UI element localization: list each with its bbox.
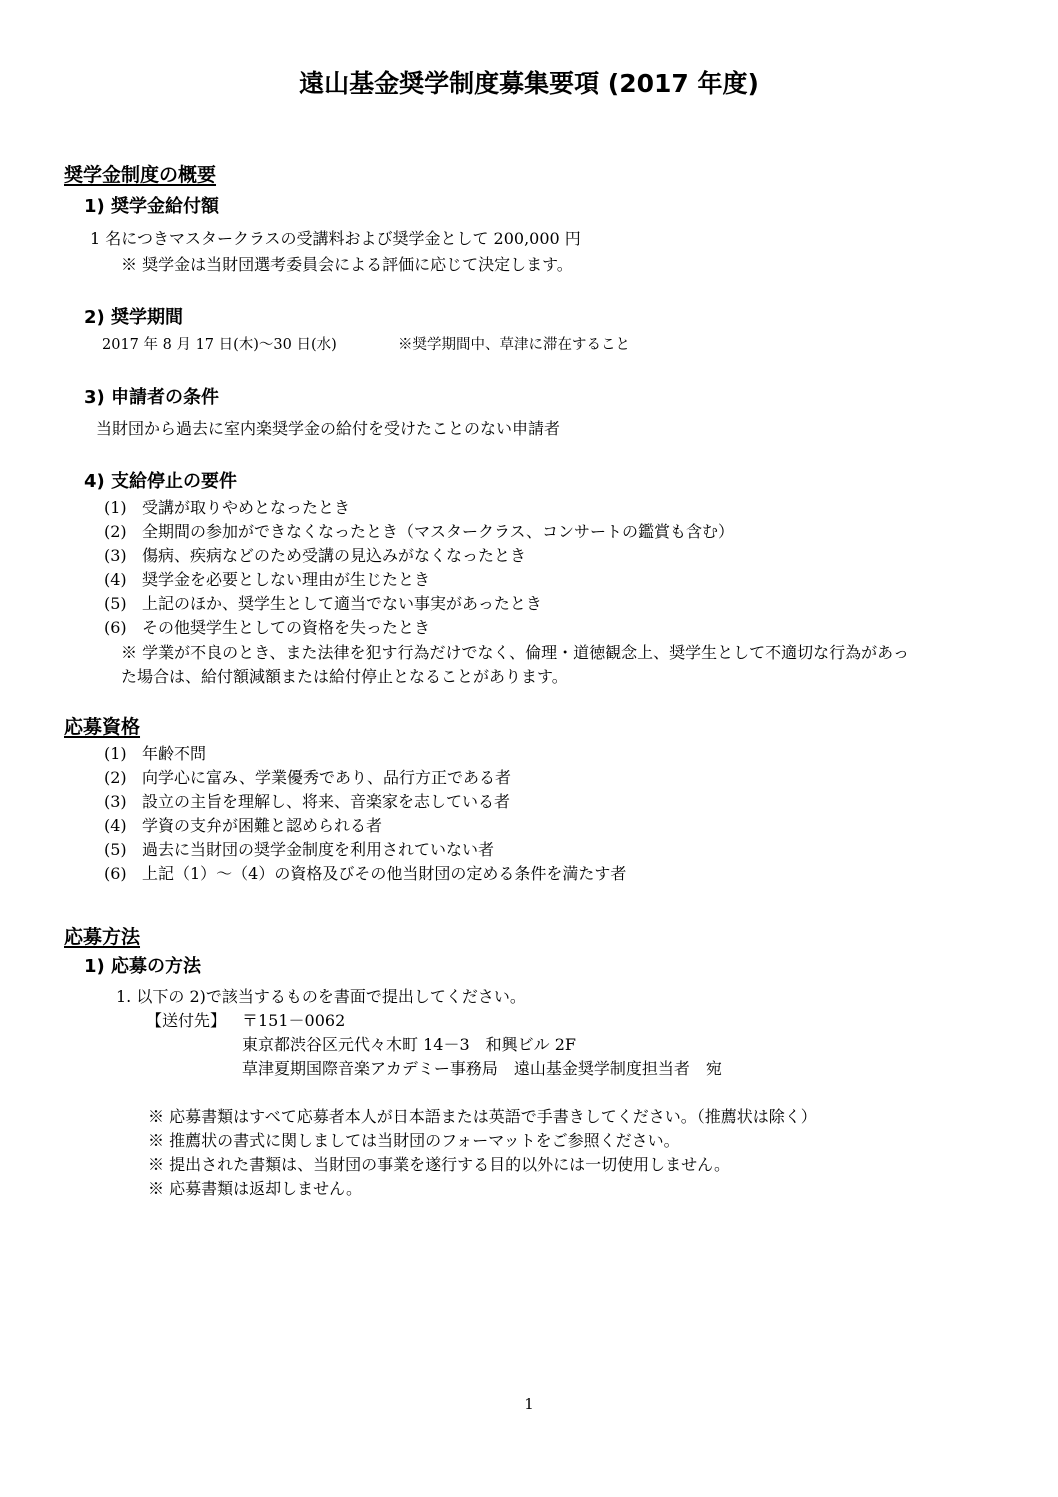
list-item: (3)設立の主旨を理解し、将来、音楽家を志している者: [104, 789, 510, 812]
list-item: (2)全期間の参加ができなくなったとき（マスタークラス、コンサートの鑑賞も含む）: [104, 519, 734, 542]
page-number: 1: [0, 1395, 1058, 1413]
page-title: 遠山基金奨学制度募集要項 (2017 年度): [0, 64, 1058, 100]
amount-text: 1 名につきマスタークラスの受講料および奨学金として 200,000 円: [90, 226, 581, 249]
list-item: (5)上記のほか、奨学生として適当でない事実があったとき: [104, 591, 542, 614]
period-text: 2017 年 8 月 17 日(木)～30 日(水): [102, 333, 337, 354]
list-item: (6)その他奨学生としての資格を失ったとき: [104, 615, 430, 638]
period-note: ※奨学期間中、草津に滞在すること: [398, 333, 630, 354]
postal-code: 〒151－0062: [242, 1008, 345, 1031]
application-note: ※ 応募書類はすべて応募者本人が日本語または英語で手書きしてください。（推薦状は…: [148, 1104, 817, 1127]
application-note: ※ 推薦状の書式に関しましては当財団のフォーマットをご参照ください。: [148, 1128, 680, 1151]
list-item: (6)上記（1）～（4）の資格及びその他当財団の定める条件を満たす者: [104, 861, 626, 884]
address-label: 【送付先】: [146, 1008, 226, 1031]
list-item: (2)向学心に富み、学業優秀であり、品行方正である者: [104, 765, 511, 788]
section-heading-eligibility: 応募資格: [64, 712, 140, 739]
subheading-conditions: 3) 申請者の条件: [84, 383, 219, 409]
conditions-text: 当財団から過去に室内楽奨学金の給付を受けたことのない申請者: [96, 416, 560, 439]
list-item: (4)学資の支弁が困難と認められる者: [104, 813, 382, 836]
application-note: ※ 提出された書類は、当財団の事業を遂行する目的以外には一切使用しません。: [148, 1152, 730, 1175]
subheading-suspension: 4) 支給停止の要件: [84, 467, 237, 493]
list-item: (4)奨学金を必要としない理由が生じたとき: [104, 567, 430, 590]
subheading-amount: 1) 奨学金給付額: [84, 192, 219, 218]
list-item: (3)傷病、疾病などのため受講の見込みがなくなったとき: [104, 543, 526, 566]
section-heading-application: 応募方法: [64, 922, 140, 949]
list-item: (1)受講が取りやめとなったとき: [104, 495, 350, 518]
suspension-note-line1: ※ 学業が不良のとき、また法律を犯す行為だけでなく、倫理・道徳観念上、奨学生とし…: [121, 640, 909, 663]
subheading-period: 2) 奨学期間: [84, 303, 183, 329]
application-note: ※ 応募書類は返却しません。: [148, 1176, 362, 1199]
section-heading-overview: 奨学金制度の概要: [64, 160, 216, 187]
list-item: (1)年齢不問: [104, 741, 206, 764]
subheading-method: 1) 応募の方法: [84, 952, 201, 978]
recipient: 草津夏期国際音楽アカデミー事務局 遠山基金奨学制度担当者 宛: [242, 1056, 722, 1079]
method-step: 1. 以下の 2)で該当するものを書面で提出してください。: [116, 984, 526, 1007]
amount-note: ※ 奨学金は当財団選考委員会による評価に応じて決定します。: [121, 252, 573, 275]
address: 東京都渋谷区元代々木町 14－3 和興ビル 2F: [242, 1032, 576, 1055]
suspension-note-line2: た場合は、給付額減額または給付停止となることがあります。: [121, 664, 568, 687]
list-item: (5)過去に当財団の奨学金制度を利用されていない者: [104, 837, 494, 860]
